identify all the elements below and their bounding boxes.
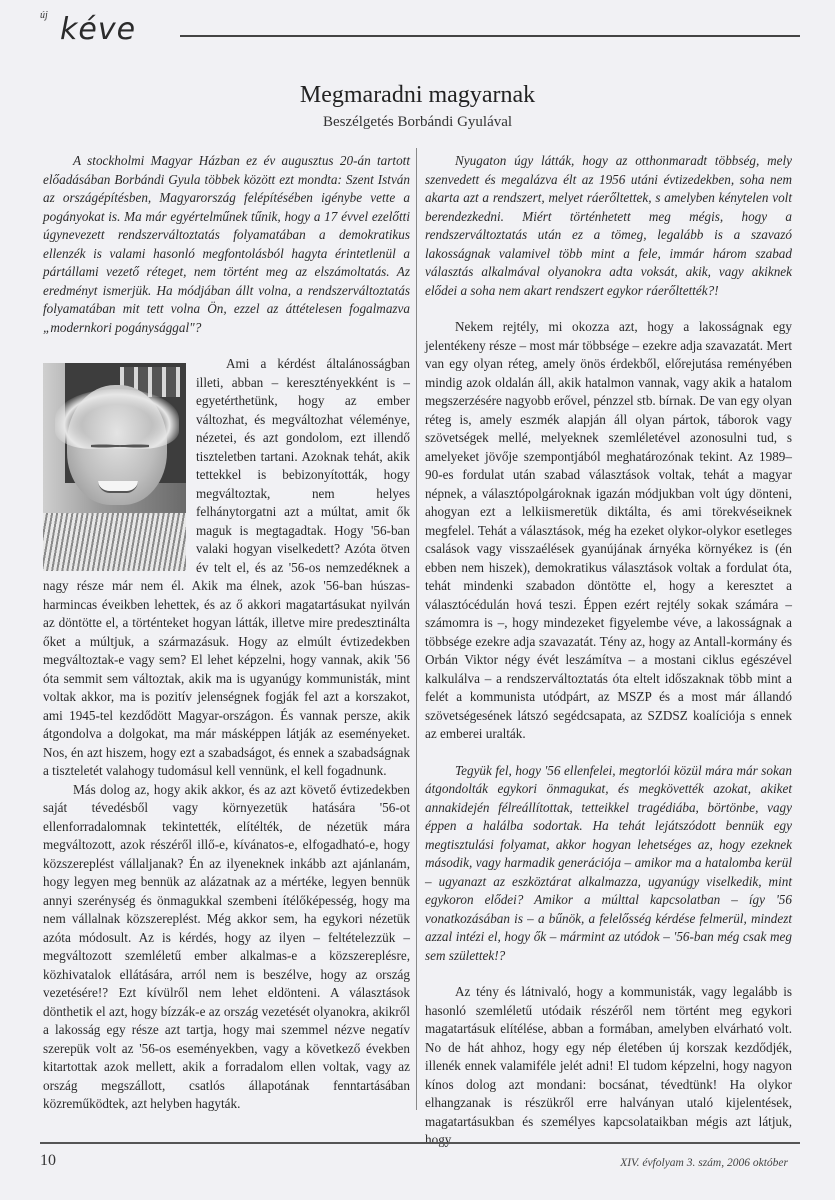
article-title: Megmaradni magyarnak (0, 82, 835, 109)
question-paragraph: A stockholmi Magyar Házban ez év auguszt… (43, 152, 410, 337)
masthead-rule (180, 35, 800, 37)
portrait-photo (43, 363, 186, 571)
right-column: Nyugaton úgy látták, hogy az otthonmarad… (425, 152, 792, 1150)
masthead-logo: kéve (60, 13, 136, 47)
answer-paragraph: Nekem rejtély, mi okozza azt, hogy a lak… (425, 318, 792, 744)
column-divider (416, 148, 417, 1110)
page-number: 10 (40, 1152, 56, 1170)
answer-paragraph: Más dolog az, hogy akik akkor, és az azt… (43, 781, 410, 1114)
answer-paragraph: Az tény és látnivaló, hogy a kommunisták… (425, 983, 792, 1150)
article-subtitle: Beszélgetés Borbándi Gyulával (0, 114, 835, 131)
footer-rule (40, 1142, 800, 1144)
question-paragraph: Nyugaton úgy látták, hogy az otthonmarad… (425, 152, 792, 300)
issue-info: XIV. évfolyam 3. szám, 2006 október (620, 1157, 788, 1169)
left-column: A stockholmi Magyar Házban ez év auguszt… (43, 152, 410, 1114)
masthead-prefix: új (40, 10, 48, 21)
question-paragraph: Tegyük fel, hogy '56 ellenfelei, megtorl… (425, 762, 792, 966)
masthead: új kéve (40, 10, 800, 50)
